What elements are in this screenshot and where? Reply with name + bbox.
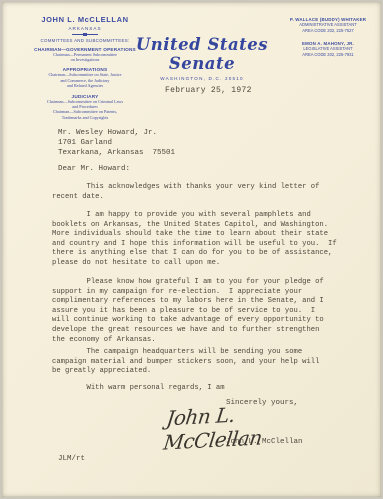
letter-page: JOHN L. McCLELLAN ARKANSAS COMMITTEES AN… <box>2 2 381 497</box>
paragraph: The campaign headquarters will be sendin… <box>52 348 319 377</box>
reference-initials: JLM/rt <box>58 455 85 463</box>
paragraph: I am happy to provide you with several p… <box>52 211 337 269</box>
senate-title: United States Senate <box>112 35 292 73</box>
typed-sender-name: John L. McClellan <box>226 438 303 446</box>
ornament-divider <box>72 34 98 35</box>
staff-entry: EMON A. MAHONY, JR. LEGISLATIVE ASSISTAN… <box>278 41 378 57</box>
staff-info-block: P. WALLACE (BUDDY) WHITAKER ADMINISTRATI… <box>278 17 378 57</box>
recipient-address: Mr. Wesley Howard, Jr. 1701 Garland Texa… <box>58 128 175 158</box>
staff-entry: P. WALLACE (BUDDY) WHITAKER ADMINISTRATI… <box>278 17 378 33</box>
senate-city: WASHINGTON, D.C. 20510 <box>112 76 292 81</box>
paragraph: With warm personal regards, I am <box>52 384 225 394</box>
paragraph: This acknowledges with thanks your very … <box>52 183 319 202</box>
staff-phone: AREA CODE 202, 225-7527 <box>278 28 378 34</box>
handwritten-signature: John L. McClellan <box>162 397 338 454</box>
sender-name: JOHN L. McCLELLAN <box>16 15 154 24</box>
salutation: Dear Mr. Howard: <box>58 165 130 173</box>
paragraph: Please know how grateful I am to you for… <box>52 278 324 345</box>
committee-line: and Related Agencies <box>16 83 154 88</box>
letter-date: February 25, 1972 <box>165 86 252 95</box>
sender-state: ARKANSAS <box>16 26 154 31</box>
committee-line: Trademarks and Copyrights <box>16 115 154 120</box>
letterhead-center: United States Senate WASHINGTON, D.C. 20… <box>112 35 292 81</box>
staff-phone: AREA CODE 202, 225-7931 <box>278 52 378 58</box>
